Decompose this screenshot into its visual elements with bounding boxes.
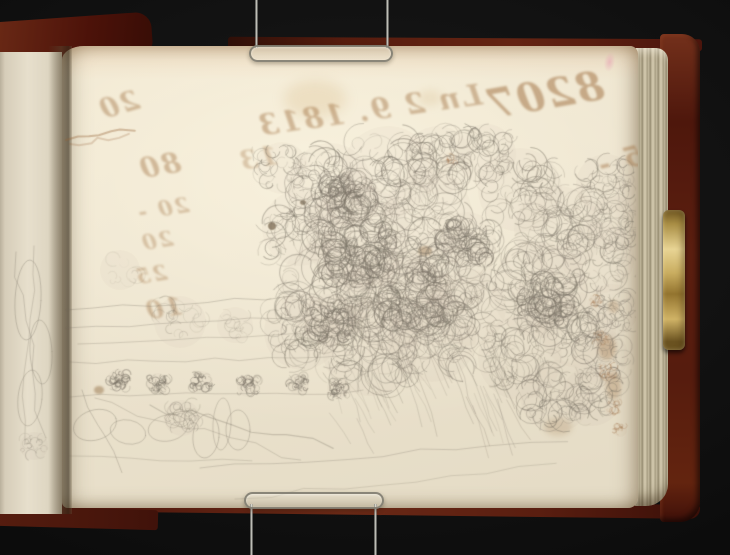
sketchbook-page: 8207 Ln 2 9. 1813 20 65 - 13 80 20 - 20 … (62, 46, 638, 508)
paper-stain (608, 300, 619, 313)
show-through-inscription: 20 - (135, 194, 191, 223)
top-clip-right-strap (386, 0, 389, 48)
paper-stain (598, 336, 616, 360)
top-clip-left-strap (255, 0, 258, 48)
paper-stain (606, 372, 621, 400)
paper-stain (300, 200, 306, 205)
show-through-inscription: 10 (142, 293, 184, 324)
paper-stain (418, 246, 432, 256)
bottom-clip-right-strap (374, 504, 377, 555)
brass-clasp (663, 210, 685, 350)
sketchbook-photograph: 8207 Ln 2 9. 1813 20 65 - 13 80 20 - 20 … (0, 0, 730, 555)
show-through-inscription: 20 (95, 87, 142, 124)
gutter-shadow (48, 46, 72, 514)
bottom-clip-left-strap (250, 504, 253, 555)
show-through-inscription: 25 (133, 262, 169, 288)
paper-stain (544, 418, 572, 436)
show-through-inscription: 13 (236, 143, 280, 175)
paper-stain (94, 386, 104, 394)
bottom-retaining-clip (244, 492, 384, 509)
show-through-inscription: 80 (136, 148, 183, 183)
show-through-inscription: 20 (139, 228, 175, 254)
paper-stain (268, 222, 276, 230)
show-through-inscription: 65 - (594, 136, 638, 180)
top-retaining-clip (249, 45, 393, 62)
